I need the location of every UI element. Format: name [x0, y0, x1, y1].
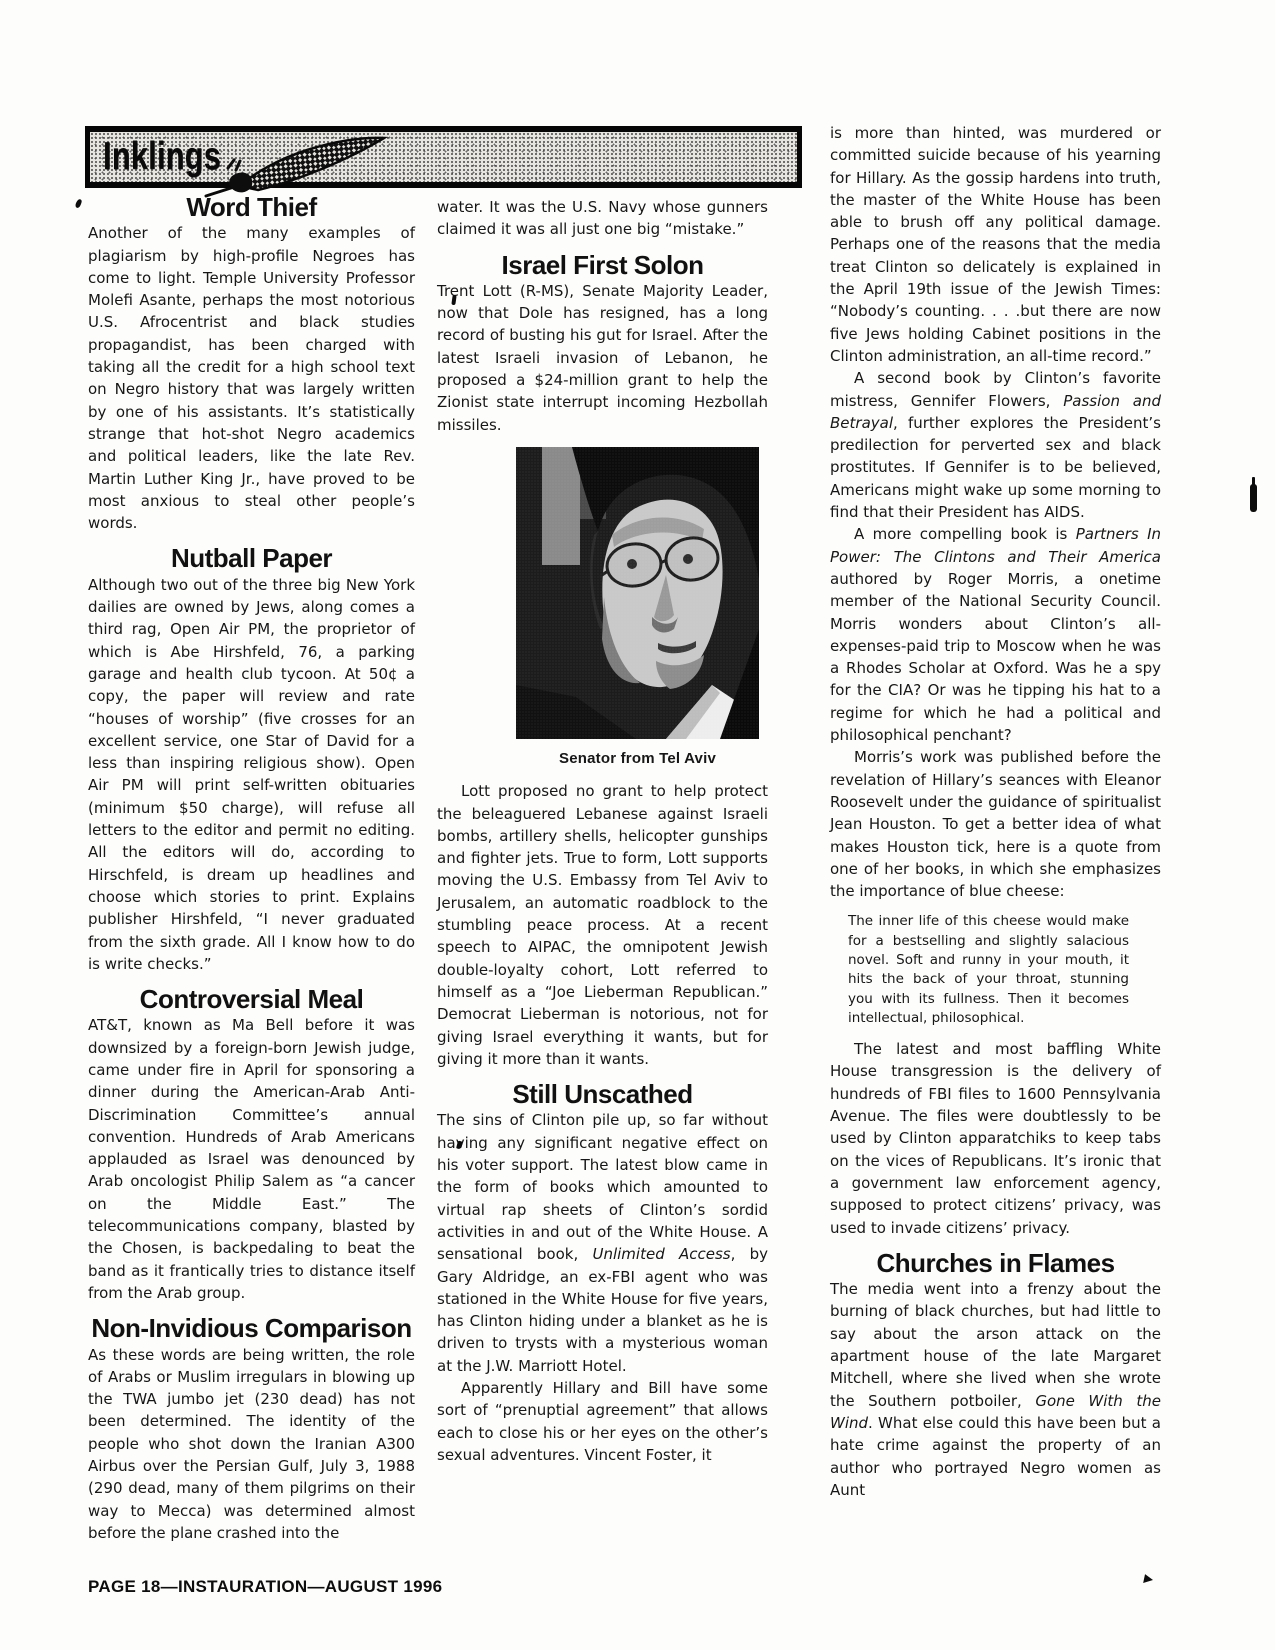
paragraph: Lott proposed no grant to help protect t… [437, 780, 768, 1070]
section-heading: Churches in Flames [830, 1252, 1161, 1274]
column-3: is more than hinted, was murdered or com… [830, 122, 1161, 1501]
ink-speck [74, 198, 82, 208]
ink-speck [1143, 1574, 1154, 1585]
portrait-photo-figure: Senator from Tel Aviv [515, 447, 760, 770]
column-2-bottom: Lott proposed no grant to help protect t… [437, 780, 768, 1466]
paragraph: As these words are being written, the ro… [88, 1344, 415, 1545]
paragraph: is more than hinted, was murdered or com… [830, 122, 1161, 367]
portrait-photo [515, 447, 760, 739]
paragraph: A second book by Clinton’s favorite mist… [830, 367, 1161, 523]
page-footer: PAGE 18—INSTAURATION—AUGUST 1996 [88, 1577, 442, 1597]
block-quote: The inner life of this cheese would make… [848, 912, 1129, 1028]
quill-pen-icon [188, 128, 418, 202]
column-2-top: water. It was the U.S. Navy whose gunner… [437, 196, 768, 436]
section-heading: Controversial Meal [88, 988, 415, 1010]
paragraph: Apparently Hillary and Bill have some so… [437, 1377, 768, 1466]
section-heading: Non-Invidious Comparison [88, 1317, 415, 1339]
paragraph: AT&T, known as Ma Bell before it was dow… [88, 1014, 415, 1304]
photo-caption: Senator from Tel Aviv [515, 748, 760, 770]
paragraph: The sins of Clinton pile up, so far with… [437, 1109, 768, 1377]
magazine-page: Inklings Word Th [0, 0, 1275, 1650]
paragraph: A more compelling book is Partners In Po… [830, 523, 1161, 746]
inklings-banner: Inklings [85, 126, 802, 188]
section-heading: Still Unscathed [437, 1083, 768, 1105]
paragraph: Although two out of the three big New Yo… [88, 574, 415, 975]
column-2: water. It was the U.S. Navy whose gunner… [437, 196, 768, 1466]
paragraph: The latest and most baffling White House… [830, 1038, 1161, 1239]
column-1: Word ThiefAnother of the many examples o… [88, 196, 415, 1544]
paragraph: Another of the many examples of plagiari… [88, 222, 415, 534]
section-heading: Israel First Solon [437, 254, 768, 276]
paragraph: Morris’s work was published before the r… [830, 746, 1161, 902]
section-heading: Nutball Paper [88, 547, 415, 569]
ink-blot [1250, 484, 1257, 512]
section-heading: Word Thief [88, 196, 415, 218]
paragraph: The media went into a frenzy about the b… [830, 1278, 1161, 1501]
paragraph: Trent Lott (R-MS), Senate Majority Leade… [437, 280, 768, 436]
paragraph: water. It was the U.S. Navy whose gunner… [437, 196, 768, 241]
